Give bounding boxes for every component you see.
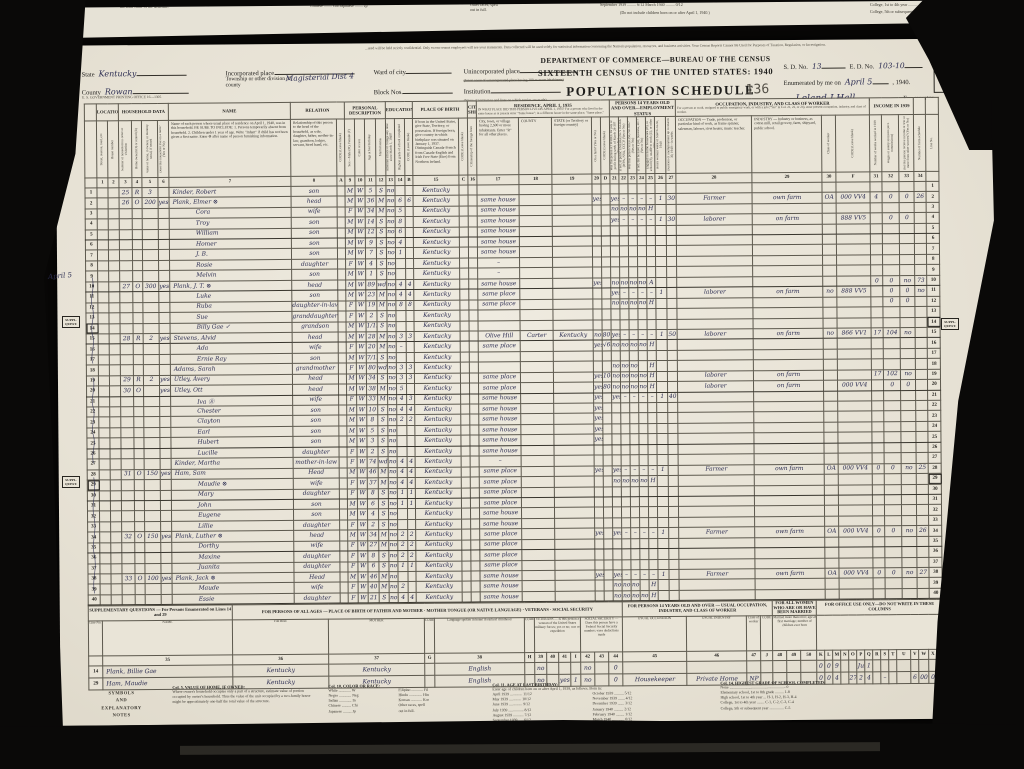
cell-fs [915,338,927,349]
cell-w4: no [639,382,648,393]
cell-w1 [613,507,622,518]
cell-w4: no [638,277,647,288]
cell-sx: F [347,488,357,499]
cell-c5: same place [478,341,520,352]
column-desc-text: Sex—Male (M), Female (F) [348,120,352,174]
cell-cc [462,571,471,582]
cell-or: O [134,386,144,397]
suppl-column-number: W [919,649,929,659]
cell-hw [657,382,668,393]
cell-fm: yes [160,386,171,397]
cell-fm [159,312,170,323]
group-note: For a person at work, assigned to public… [676,105,869,114]
cell-hn [111,563,122,574]
cell-sx: M [347,405,357,416]
cell-at: no [388,467,397,478]
cell-hh [121,459,134,470]
cell-k5 [521,487,554,498]
cell-cf [838,484,872,495]
suppl-cell-U [897,659,911,671]
cell-k5 [520,341,553,352]
cell-or [132,208,142,219]
cell-ln: 7 [85,250,97,261]
cell-w4: no [638,340,647,351]
cell-st [97,240,108,251]
suppl-column-number: 38 [435,652,525,663]
column-desc-text: Citizenship of the foreign born [470,119,474,173]
cell-vl [143,292,159,303]
cell-ct [471,508,480,519]
cell-sx: M [347,415,357,426]
cell-k5 [521,445,554,456]
suppl-cell-nm: Plank, Billie Gae [103,665,233,678]
cell-w4: – [639,465,648,476]
cell-oc [679,496,755,507]
cell-gr: 4 [397,457,407,468]
cell-wk [871,317,883,328]
cell-in [753,234,823,245]
column-desc: Home owned (O) or rented (R) [131,120,141,177]
cell-ca [338,332,346,343]
cell-c5 [478,362,520,373]
cell-cd [602,309,611,320]
cell-cb: 2 [408,551,416,562]
cell-fs [916,369,928,380]
cell-hn [109,365,120,376]
cell-wk [873,589,885,600]
cell-or [133,302,143,313]
suppl-column-number: H [525,652,535,662]
cell-vl [144,500,160,511]
fragment-text: Other races, spell out in full. [470,2,498,12]
cell-hh: 27 [120,281,133,292]
cell-w5: H [646,204,655,215]
cell-s5 [555,591,595,602]
cell-gr: 5 [395,206,405,217]
cell-bp: Kentucky [415,446,461,457]
cell-oi: no [900,327,915,338]
cell-ag: 2 [368,520,379,531]
cell-or [134,417,144,428]
cell-ln: 5 [85,230,97,241]
cell-w1: yes [613,570,622,581]
cell-sx: M [346,280,356,291]
cell-ag: 19 [366,300,377,311]
cell-cb [408,519,416,530]
cell-oc: laborer [677,329,753,340]
cell-vl [143,313,159,324]
cell-ms: S [378,426,388,437]
cell-sx: F [346,342,356,353]
cell-s5 [554,434,594,445]
cell-oi: 0 [900,296,915,307]
cell-oc [677,235,753,246]
suppl-cell-lg: English [435,662,525,675]
cell-s5 [555,581,595,592]
cell-ms: S [378,415,388,426]
state-value: Kentucky [99,69,137,78]
cell-hn [111,532,122,543]
cell-ln2: 9 [927,265,940,276]
cell-in [755,506,825,517]
cell-cb [406,321,414,332]
cell-w1 [611,246,620,257]
cell-hh: 26 [119,198,132,209]
cell-f5: no [593,330,602,341]
cell-k5 [522,497,555,508]
cell-hn [110,407,121,418]
cell-vl [145,542,161,553]
cell-vl [144,438,160,449]
cell-st [97,219,108,230]
suppl-sublabel: USUAL INDUSTRY [687,616,747,651]
cell-bp: Kentucky [414,341,460,352]
suppl-sublabel: CODE [424,618,434,653]
cell-ms: M [379,530,389,541]
cell-cc [461,425,470,436]
cell-s5 [553,278,593,289]
cell-cr: W [358,520,368,531]
cell-oi [901,359,916,370]
cell-fm [160,427,171,438]
cell-hh [121,448,134,459]
cell-oc [676,224,752,235]
cell-ms: M [378,394,388,405]
cell-oc [679,548,755,559]
cell-ln2: 6 [927,233,940,244]
cell-in: on farm [754,380,824,391]
cell-w2 [621,413,630,424]
cell-w3 [629,267,638,278]
cell-cc [461,383,470,394]
cell-w1 [613,497,622,508]
cell-ms: S [376,186,386,197]
cell-f5: yes [594,372,603,383]
cell-w1 [610,184,619,195]
cell-ms: wd [377,279,387,290]
suppl-cell-m2 [787,660,801,672]
cell-w1 [613,518,622,529]
cell-ag: 7 [365,248,376,259]
cell-cr: W [356,290,366,301]
cell-cc [460,310,469,321]
cell-wk [871,349,883,360]
cell-s5 [552,236,592,247]
cell-c5 [477,184,519,195]
cell-ca [340,541,348,552]
cell-w2: – [622,528,631,539]
cell-cc [460,268,469,279]
cell-ag: 80 [366,363,377,374]
group-header [913,97,925,114]
cell-oc [679,558,755,569]
cell-gr: 4 [397,405,407,416]
cell-ln2: 15 [927,327,940,338]
column-desc: Citizenship of the foreign born [468,118,477,175]
cell-wg [884,401,901,412]
cell-s5 [553,309,593,320]
cell-wg: 0 [882,192,899,203]
cell-ct [471,571,480,582]
cell-cd [603,486,612,497]
cell-hn [109,375,120,386]
column-number: 3 [119,178,132,188]
cell-cb [407,384,415,395]
cell-or [132,219,142,230]
cell-cr: W [355,238,365,249]
cell-at: no [388,436,397,447]
cell-hh [119,229,132,240]
cell-w5 [649,517,658,528]
cell-wg [885,505,902,516]
cell-oc [678,391,754,402]
cell-f5 [593,361,602,372]
cell-k5 [522,539,555,550]
cell-fm [160,459,171,470]
cell-w4: – [639,392,648,403]
suppl-sublabel: USUAL OCCUPATION [623,616,687,652]
cell-ln2: 33 [929,515,942,526]
cell-w3: no [630,371,639,382]
cell-bp: Kentucky [414,258,460,269]
suppl-cell-uo [623,661,687,674]
cell-rl: daughter-in-law [292,301,338,312]
cell-gr: 2 [398,530,408,541]
group-header: PERSONS 14 YEARS OLD AND OVER—EMPLOYMENT… [609,99,675,116]
column-number: 14 [395,175,405,185]
cell-w4 [639,434,648,445]
cell-oc [678,475,754,486]
cell-cf: 000 VV4 [838,464,872,475]
cell-k5 [522,518,555,529]
cell-vl: 2 [143,333,159,344]
cell-w2 [621,434,630,445]
cell-w2 [622,497,631,508]
cell-w3 [628,236,637,247]
cell-wk [873,484,885,495]
cell-oi [901,401,916,412]
cell-ag: 46 [367,467,378,478]
cell-wk [872,401,884,412]
cell-in [755,537,825,548]
cell-st [98,271,109,282]
cell-ln: 3 [85,209,97,220]
cell-cw [825,558,839,569]
cell-gr: 1 [397,488,407,499]
cell-hn [110,490,121,501]
cell-ca [337,248,345,259]
cell-ca [339,395,347,406]
cell-ca [337,217,345,228]
cell-rl: son [292,269,338,280]
cell-w2: no [620,340,629,351]
cell-oi [902,547,917,558]
cell-at: no [388,478,397,489]
cell-ca [339,415,347,426]
cell-cf [836,203,870,214]
cell-cc [461,414,470,425]
cell-cd [603,392,612,403]
cell-cw [824,412,838,423]
cell-sx: F [348,520,358,531]
cell-cb: 3 [406,331,414,342]
cell-w5 [647,267,656,278]
cell-hh [119,219,132,230]
cell-wk [873,505,885,516]
column-number: D [601,174,610,184]
cell-k5 [520,320,553,331]
cell-ca [337,238,345,249]
cell-fm [160,406,171,417]
cell-f5 [593,257,602,268]
cell-oc [676,204,752,215]
stamp-line: QUEST. [944,324,956,328]
suppl-column-number: Q [865,650,873,660]
cell-cr: W [357,426,367,437]
cell-w5 [648,455,657,466]
cell-cw [823,234,837,245]
cell-st [99,480,110,491]
cell-cd [601,205,610,216]
cell-cf [839,537,873,548]
column-number: 8 [291,176,337,186]
cell-hh: 28 [120,334,133,345]
cell-f5 [594,497,603,508]
cell-c5: same house [480,508,522,519]
cell-ag: 89 [366,280,377,291]
cell-cw [824,474,838,485]
cell-oc [676,183,752,194]
cell-fm: yes [158,198,169,209]
enumeration-year: , 1940. [892,79,910,86]
cell-bp: Kentucky [415,435,461,446]
cell-cc [460,247,469,258]
cell-wg [885,547,902,558]
cell-ct [469,258,478,269]
column-number: 11 [365,176,376,186]
cell-ct [469,300,478,311]
group-label: EDUCATION [386,107,412,112]
cell-c5: same place [479,372,521,383]
cell-cf [838,432,872,443]
note-col14-list: None ...................................… [720,684,930,711]
cell-or [133,365,143,376]
cell-fs [916,432,928,443]
cell-w5: – [649,570,658,581]
cell-du [667,350,677,361]
cell-oi: 0 [900,286,915,297]
cell-wg [885,515,902,526]
cell-w1 [612,403,621,414]
cell-w1 [612,424,621,435]
cell-w2 [622,559,631,570]
cell-oc [677,277,753,288]
suppl-column-number: N [841,650,849,660]
cell-w4: – [637,215,646,226]
cell-fs [917,547,929,558]
cell-w3: no [628,204,637,215]
cell-at: no [387,300,396,311]
cell-ln2: 14 [927,317,940,328]
cell-w3: no [631,580,640,591]
cell-hn [109,344,120,355]
cell-hw [657,455,668,466]
cell-cw [824,432,838,443]
column-number: B [405,175,413,185]
cell-in [754,453,824,464]
cell-du [667,361,677,372]
suppl-column-number: M [833,650,841,660]
cell-fs: 27 [917,567,929,578]
suppl-column-number: J [761,651,773,661]
cell-k5 [519,195,552,206]
cell-w1: no [612,476,621,487]
cell-ct [471,529,480,540]
column-desc-text: Was this person SEEKING WORK? (Yes or No… [628,118,636,172]
cell-bp: Kentucky [416,582,462,593]
cell-bp: Kentucky [415,425,461,436]
cell-c5: same place [479,466,521,477]
cell-wg [884,453,901,464]
cell-w4: no [640,591,649,602]
cell-in: on farm [753,328,823,339]
cell-f5 [593,309,602,320]
cell-s5 [552,215,592,226]
cell-cf [839,557,873,568]
cell-wk [872,380,884,391]
cell-st [100,553,111,564]
cell-ct [469,320,478,331]
cell-cf [839,495,873,506]
cell-f5 [592,205,601,216]
column-desc-text: Class of worker [827,117,831,171]
cell-k5 [522,550,555,561]
cell-w1: no [612,382,621,393]
cell-ag: 2 [367,447,378,458]
cell-f5 [594,476,603,487]
cell-s5 [554,382,594,393]
cell-w1: no [613,591,622,602]
cell-w3: – [630,465,639,476]
cell-fm [158,187,169,198]
column-number: 18 [519,174,552,184]
cell-wk [871,338,883,349]
note-col14: Col. 14. HIGHEST GRADE OF SCHOOL COMPLET… [720,679,930,711]
cell-hw [657,434,668,445]
cell-w3 [630,413,639,424]
group-header: RESIDENCE, APRIL 1, 1935IN WHAT PLACE DI… [476,100,609,118]
enumerated-label: Enumerated by me on [784,80,841,87]
cell-wk [872,453,884,464]
cell-rl: son [291,217,337,228]
cell-at: no [389,509,398,520]
cell-cw [824,401,838,412]
cell-cc [459,227,468,238]
cell-ln2: 8 [927,254,940,265]
suppl-cell-ui [687,661,747,673]
cell-st [99,407,110,418]
cell-cc [460,321,469,332]
cell-w4 [638,246,647,257]
cell-ag: 34 [366,373,377,384]
cell-cd [602,361,611,372]
cell-wk [870,213,882,224]
cell-ag: 1/12 [366,321,377,332]
cell-rl: son [293,499,339,510]
cell-wg [883,317,900,328]
column-desc-text: Does this household live on a farm? (Yes… [159,122,167,176]
cell-sx: F [347,457,357,468]
